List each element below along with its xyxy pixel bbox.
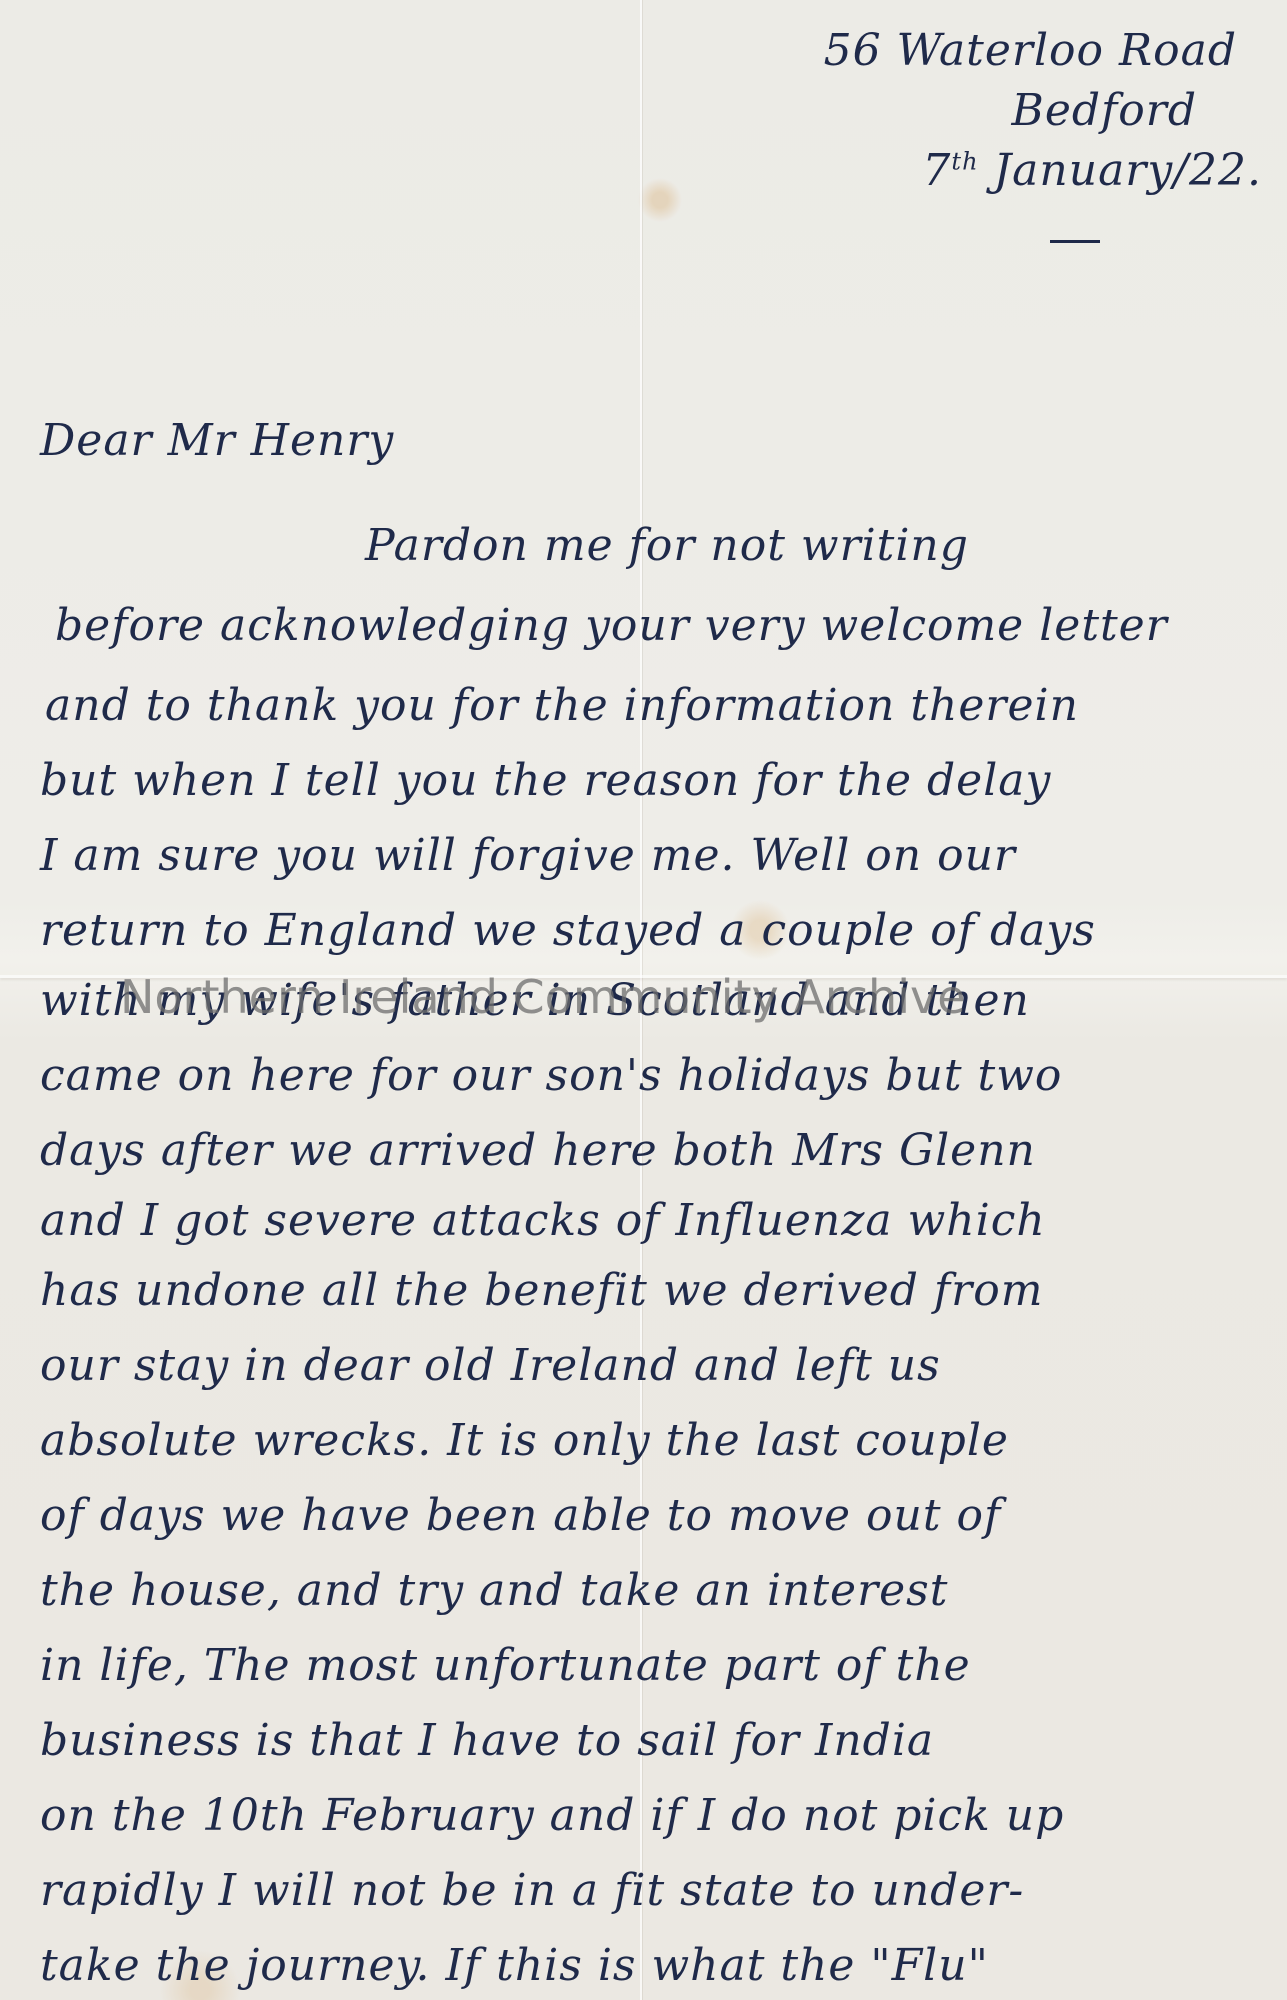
body-line: has undone all the benefit we derived fr…: [40, 1265, 1043, 1316]
body-line: absolute wrecks. It is only the last cou…: [40, 1415, 1009, 1466]
address-street: 56 Waterloo Road: [824, 25, 1237, 76]
body-line: of days we have been able to move out of: [40, 1490, 1001, 1541]
salutation: Dear Mr Henry: [40, 415, 394, 466]
body-line: take the journey. If this is what the "F…: [40, 1940, 989, 1991]
body-line: business is that I have to sail for Indi…: [40, 1715, 934, 1766]
body-line: on the 10th February and if I do not pic…: [40, 1790, 1064, 1841]
body-line: return to England we stayed a couple of …: [40, 905, 1096, 956]
body-line: and to thank you for the information the…: [45, 680, 1079, 731]
body-line: came on here for our son's holidays but …: [40, 1050, 1062, 1101]
date-month-year: January/22.: [994, 145, 1262, 196]
body-line: but when I tell you the reason for the d…: [40, 755, 1051, 806]
body-line: our stay in dear old Ireland and left us: [40, 1340, 941, 1391]
address-town: Bedford: [1011, 85, 1197, 136]
body-line: Pardon me for not writing: [365, 520, 969, 571]
date-day: 7: [922, 145, 951, 196]
date-underline: [1050, 240, 1100, 243]
date-suffix: th: [951, 147, 978, 175]
body-line: in life, The most unfortunate part of th…: [40, 1640, 971, 1691]
archive-watermark: Northern Ireland Community Archive: [120, 970, 966, 1024]
letter-date: 7th January/22.: [922, 145, 1262, 196]
body-line: before acknowledging your very welcome l…: [55, 600, 1168, 651]
body-line: days after we arrived here both Mrs Glen…: [40, 1125, 1036, 1176]
body-line: I am sure you will forgive me. Well on o…: [40, 830, 1016, 881]
body-line: the house, and try and take an interest: [40, 1565, 948, 1616]
body-line: rapidly I will not be in a fit state to …: [40, 1865, 1024, 1916]
body-line: and I got severe attacks of Influenza wh…: [40, 1195, 1046, 1246]
